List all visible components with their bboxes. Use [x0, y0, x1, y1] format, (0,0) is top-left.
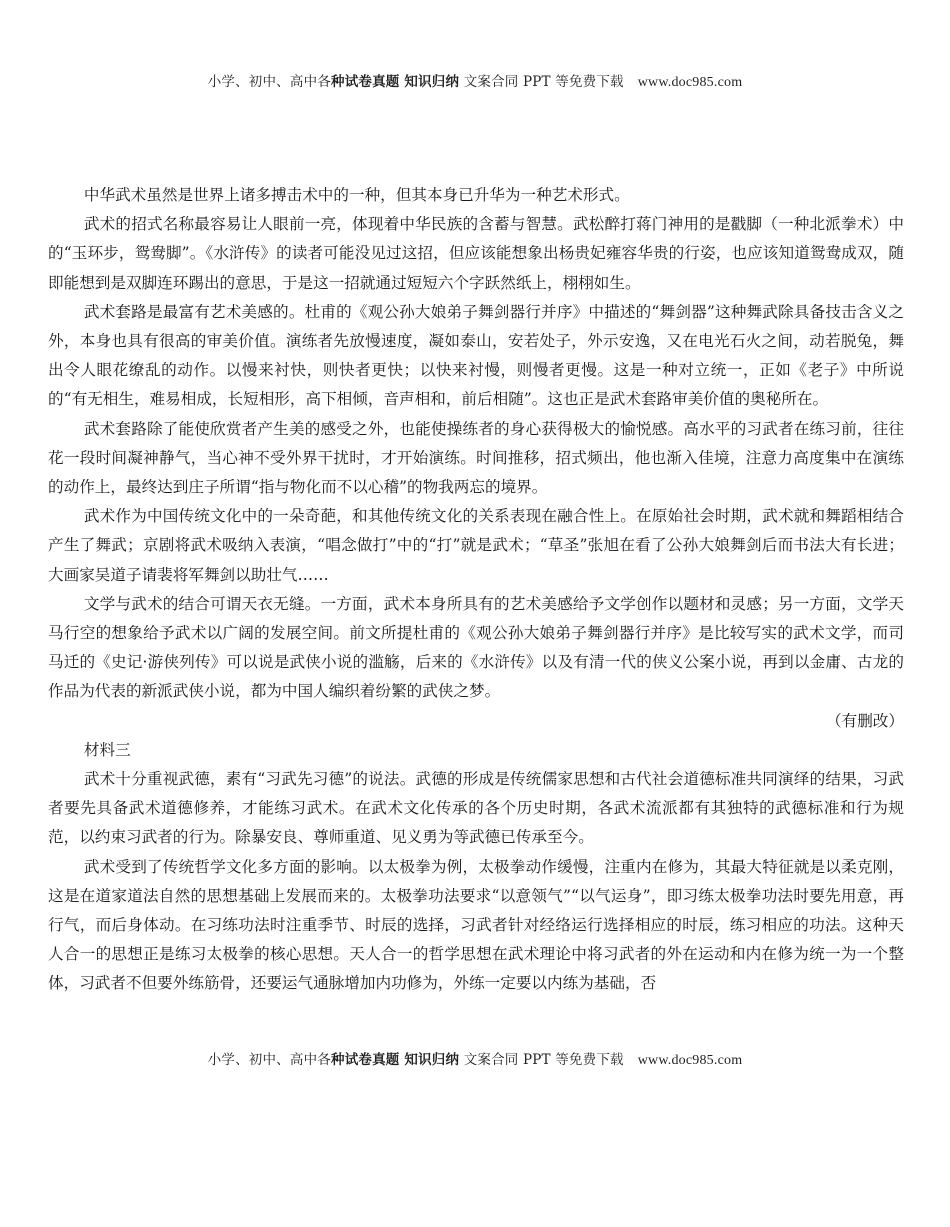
- header-text-1: 小学、初中、高中各: [208, 74, 331, 90]
- paragraph-1: 中华武术虽然是世界上诸多搏击术中的一种，但其本身已升华为一种艺术形式。: [48, 181, 904, 210]
- header-text-3: 知识归纳: [400, 74, 460, 90]
- page-header: 小学、初中、高中各种试卷真题 知识归纳 文案合同 PPT 等免费下载www.do…: [0, 70, 950, 91]
- footer-text-4: 文案合同 PPT 等免费下载: [459, 1052, 624, 1068]
- paragraph-7: 武术十分重视武德，素有“习武先习德”的说法。武德的形成是传统儒家思想和古代社会道…: [48, 765, 904, 853]
- source-note: （有删改）: [48, 707, 904, 736]
- document-body: 中华武术虽然是世界上诸多搏击术中的一种，但其本身已升华为一种艺术形式。 武术的招…: [48, 181, 904, 999]
- paragraph-5: 武术作为中国传统文化中的一朵奇葩，和其他传统文化的关系表现在融合性上。在原始社会…: [48, 502, 904, 590]
- paragraph-2: 武术的招式名称最容易让人眼前一亮，体现着中华民族的含蓄与智慧。武松醉打蒋门神用的…: [48, 210, 904, 298]
- footer-text-3: 知识归纳: [400, 1052, 460, 1068]
- paragraph-6: 文学与武术的结合可谓天衣无缝。一方面，武术本身所具有的艺术美感给予文学创作以题材…: [48, 590, 904, 707]
- header-text-4: 文案合同 PPT 等免费下载: [459, 74, 624, 90]
- page-footer: 小学、初中、高中各种试卷真题 知识归纳 文案合同 PPT 等免费下载www.do…: [0, 1048, 950, 1069]
- header-url-link[interactable]: www.doc985.com: [638, 75, 743, 90]
- paragraph-4: 武术套路除了能使欣赏者产生美的感受之外，也能使操练者的身心获得极大的愉悦感。高水…: [48, 415, 904, 503]
- paragraph-8: 武术受到了传统哲学文化多方面的影响。以太极拳为例，太极拳动作缓慢，注重内在修为，…: [48, 853, 904, 999]
- footer-url-link[interactable]: www.doc985.com: [638, 1053, 743, 1068]
- footer-text-1: 小学、初中、高中各: [208, 1052, 331, 1068]
- section-title: 材料三: [48, 736, 904, 765]
- footer-text-2: 种试卷真题: [331, 1052, 400, 1068]
- paragraph-3: 武术套路是最富有艺术美感的。杜甫的《观公孙大娘弟子舞剑器行并序》中描述的“舞剑器…: [48, 298, 904, 415]
- header-text-2: 种试卷真题: [331, 74, 400, 90]
